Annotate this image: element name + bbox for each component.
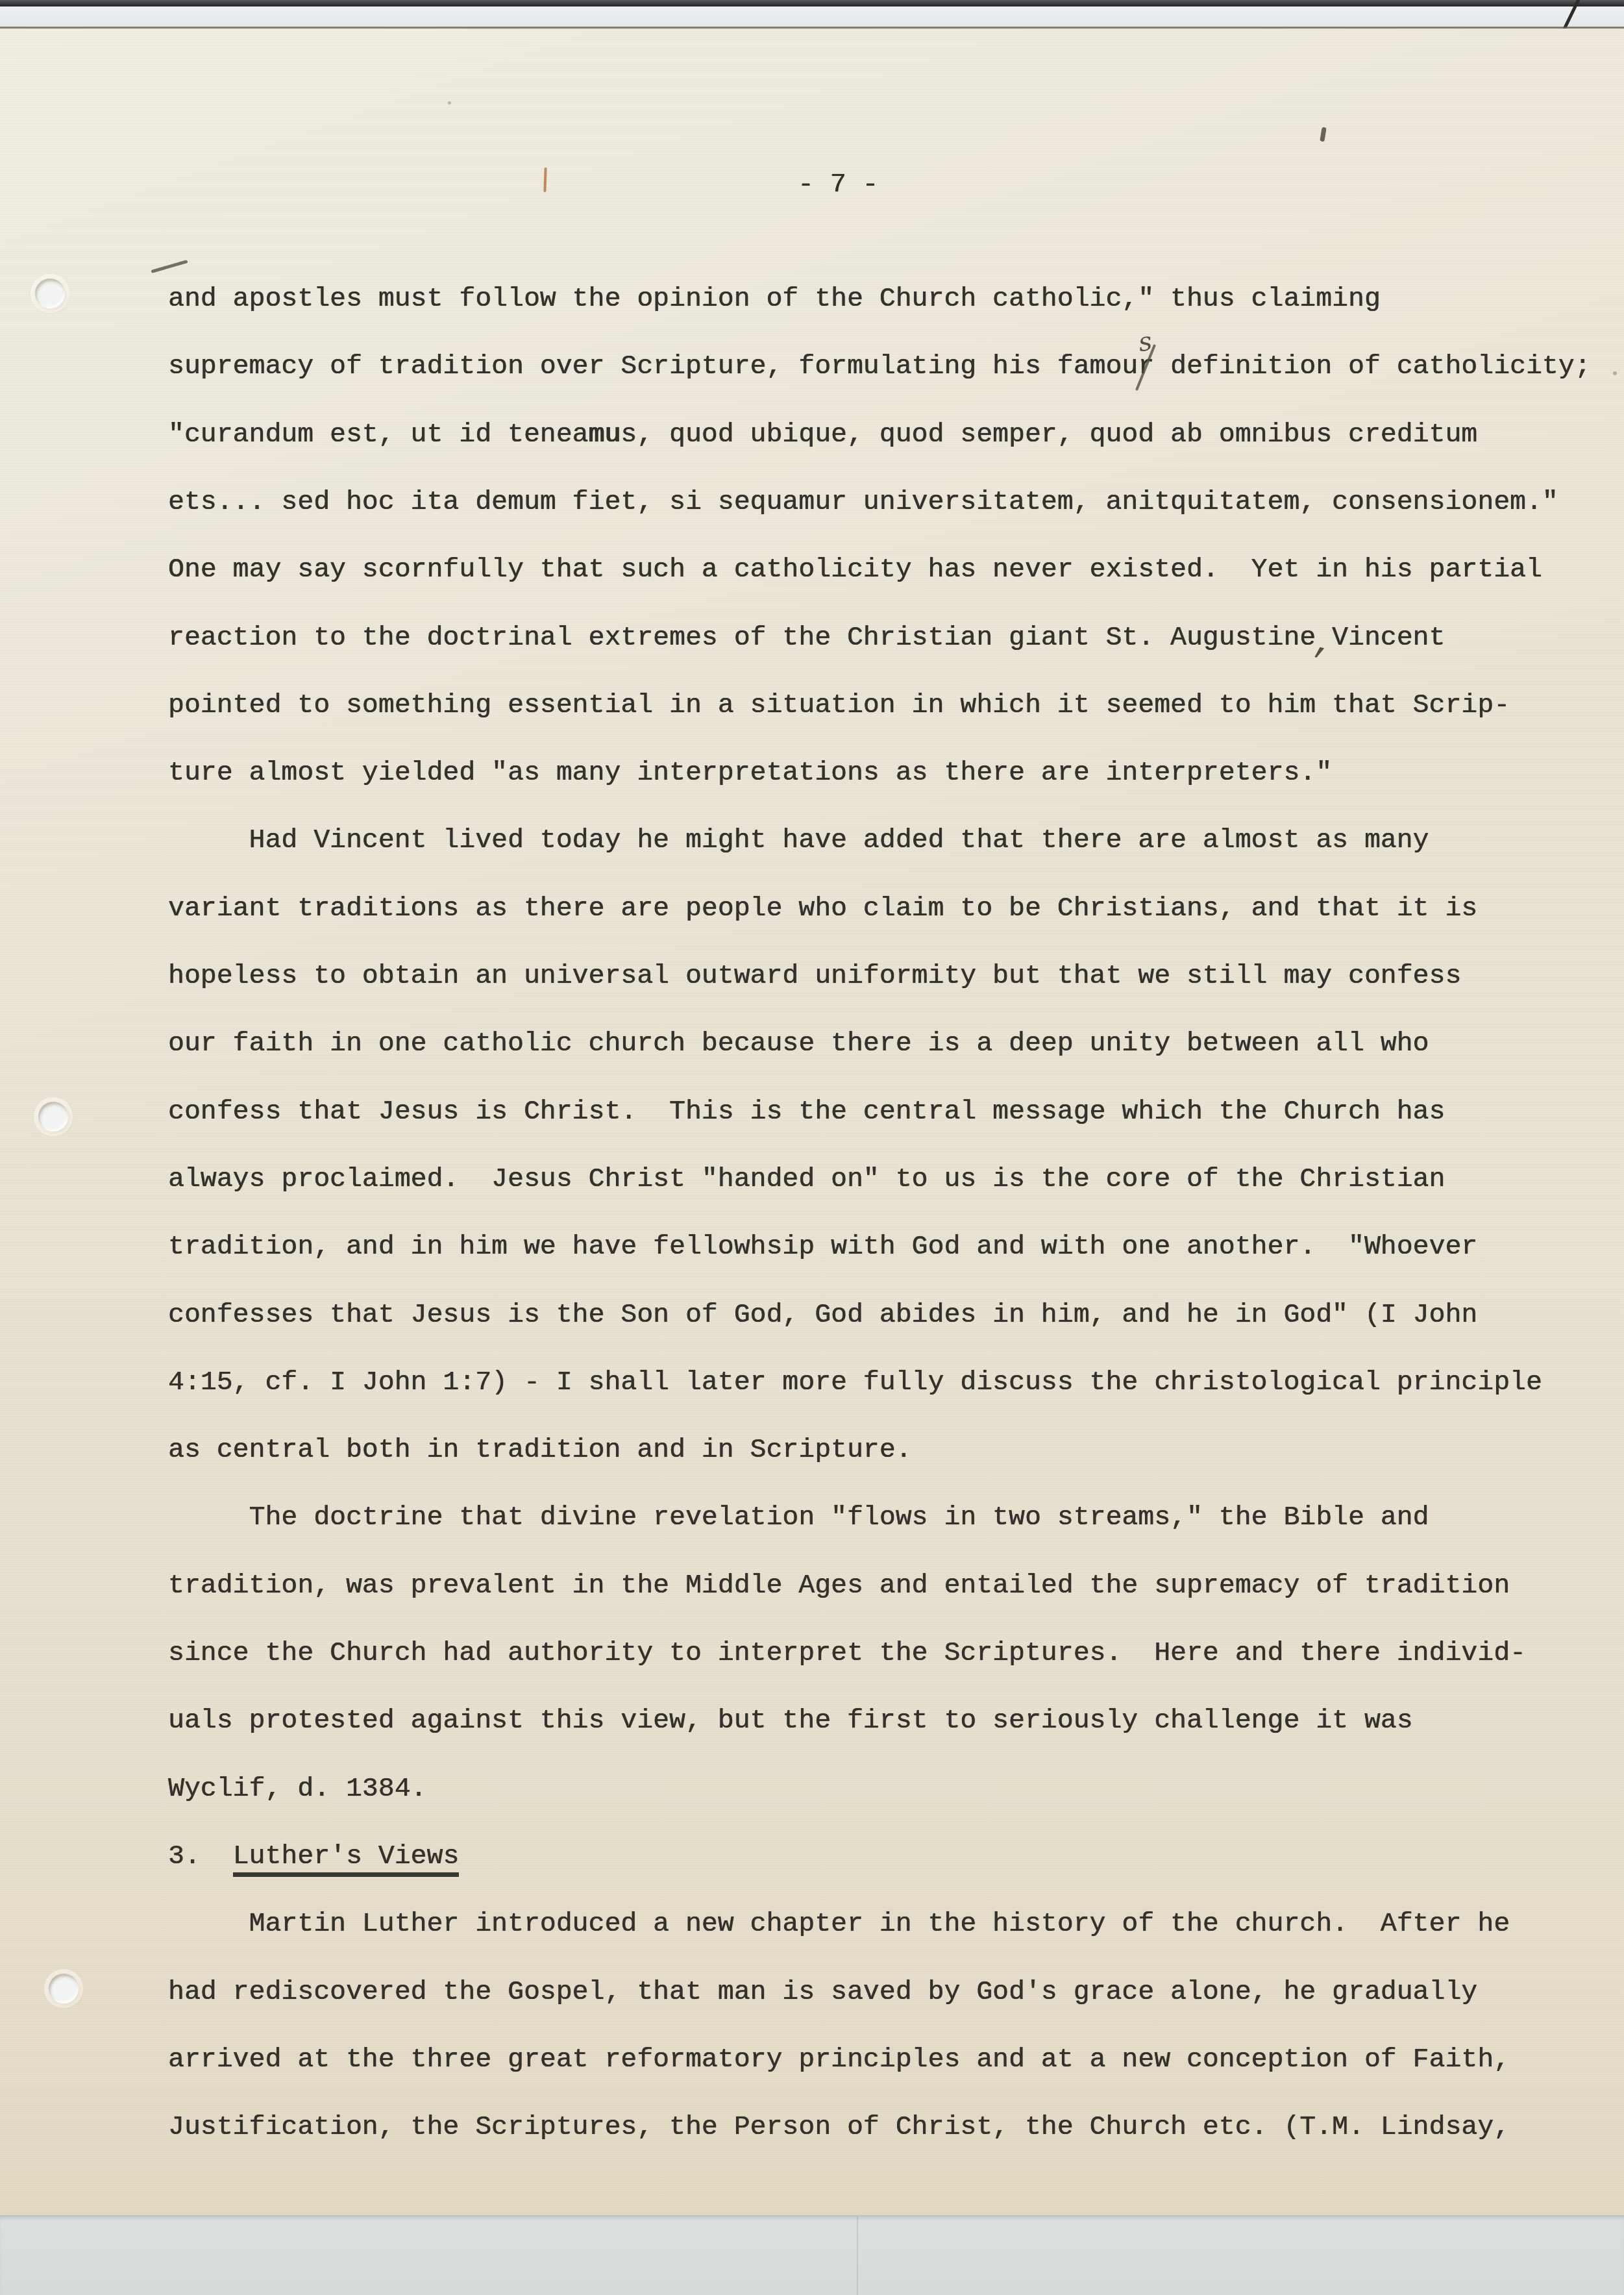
typewritten-line: 3. Luther's Views	[168, 1843, 459, 1870]
typewritten-line: pointed to something essential in a situ…	[168, 692, 1510, 719]
scanner-bed-strip	[0, 2215, 1624, 2295]
typewritten-line: always proclaimed. Jesus Christ "handed …	[168, 1166, 1445, 1193]
scanned-typewritten-page: - 7 - and apostles must follow the opini…	[0, 0, 1624, 2295]
underlined-heading-text: Luther's Views	[233, 1841, 460, 1877]
typewritten-line: confess that Jesus is Christ. This is th…	[168, 1098, 1445, 1126]
page-number: - 7 -	[798, 171, 879, 199]
typewritten-line: variant traditions as there are people w…	[168, 895, 1477, 923]
typewritten-line: One may say scornfully that such a catho…	[168, 556, 1542, 584]
typewritten-line: 4:15, cf. I John 1:7) - I shall later mo…	[168, 1369, 1542, 1396]
typewritten-line: and apostles must follow the opinion of …	[168, 286, 1381, 313]
typewritten-line: Had Vincent lived today he might have ad…	[168, 827, 1429, 854]
typewritten-line: hopeless to obtain an universal outward …	[168, 963, 1461, 990]
typewritten-line: The doctrine that divine revelation "flo…	[168, 1504, 1429, 1532]
typed-text-layer: - 7 - and apostles must follow the opini…	[0, 0, 1624, 2295]
fold-line	[857, 2216, 858, 2295]
struck-letter-correction: rs	[1138, 353, 1154, 380]
typewritten-line: Martin Luther introduced a new chapter i…	[168, 1911, 1510, 1938]
typewritten-line: tradition, was prevalent in the Middle A…	[168, 1572, 1510, 1600]
typewritten-line: had rediscovered the Gospel, that man is…	[168, 1979, 1477, 2006]
typewritten-line: tradition, and in him we have fellowhsip…	[168, 1234, 1477, 1261]
typewritten-line: ture almost yielded "as many interpretat…	[168, 760, 1332, 787]
handwritten-s-annotation: s	[1137, 329, 1154, 356]
typewritten-line: Wyclif, d. 1384.	[168, 1776, 426, 1803]
typewritten-line: reaction to the doctrinal extremes of th…	[168, 625, 1445, 652]
typewritten-line: confesses that Jesus is the Son of God, …	[168, 1302, 1477, 1329]
typewritten-line: uals protested against this view, but th…	[168, 1707, 1413, 1735]
typewritten-line: our faith in one catholic church because…	[168, 1030, 1429, 1058]
overstruck-letters: mu	[589, 419, 621, 450]
typewritten-line: supremacy of tradition over Scripture, f…	[168, 353, 1591, 380]
typewritten-line: arrived at the three great reformatory p…	[168, 2046, 1510, 2074]
typewritten-line: "curandum est, ut id teneamus, quod ubiq…	[168, 421, 1477, 449]
typewritten-line: since the Church had authority to interp…	[168, 1640, 1526, 1667]
typewritten-line: Justification, the Scriptures, the Perso…	[168, 2114, 1510, 2141]
typewritten-line: ets... sed hoc ita demum fiet, si sequam…	[168, 489, 1558, 516]
typewritten-line: as central both in tradition and in Scri…	[168, 1437, 912, 1464]
